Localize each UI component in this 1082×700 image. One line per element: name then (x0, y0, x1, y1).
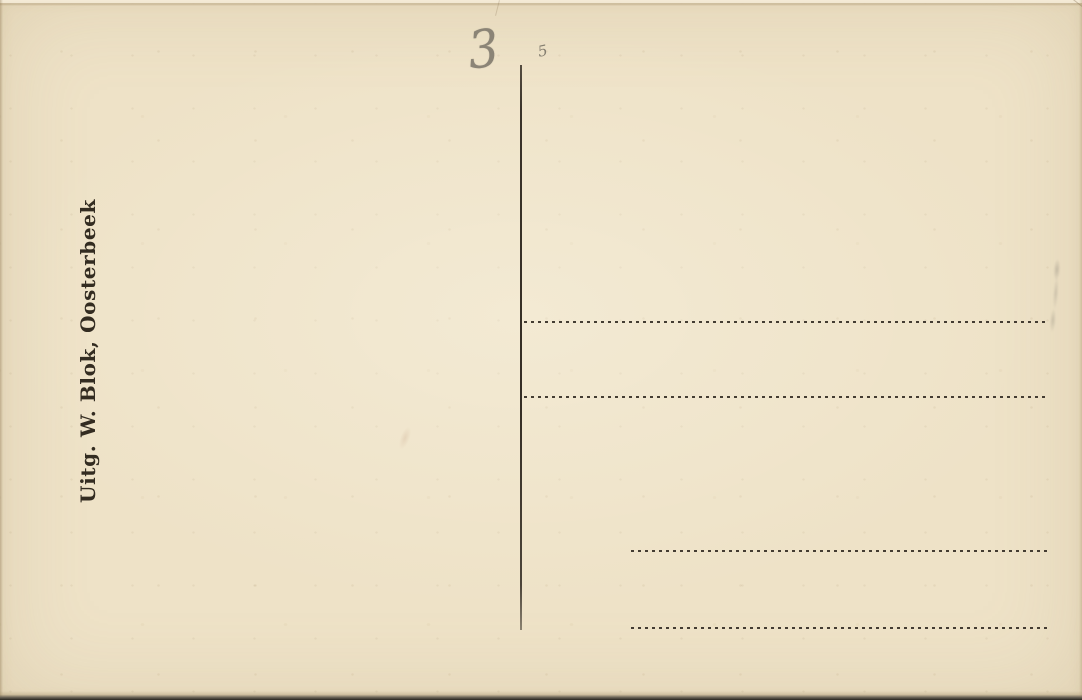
handwritten-number: 3 (466, 23, 502, 78)
postcard-left-edge (0, 0, 3, 700)
publisher-imprint-text: Uitg. W. Blok, Oosterbeek (76, 199, 100, 503)
center-divider-line (520, 65, 522, 630)
paper-smudge (392, 417, 419, 459)
handwritten-small-mark: 5 (537, 43, 549, 60)
postcard-back: Uitg. W. Blok, Oosterbeek 3 5 (0, 0, 1082, 700)
address-line-1 (524, 321, 1048, 323)
postcard-scan: Uitg. W. Blok, Oosterbeek 3 5 (0, 0, 1082, 700)
postcard-top-edge (0, 0, 1082, 6)
address-line-3 (631, 550, 1048, 552)
postcard-bottom-edge (0, 691, 1082, 700)
pencil-smudge (1047, 258, 1062, 337)
address-line-4 (631, 627, 1048, 629)
address-line-2 (524, 396, 1048, 398)
